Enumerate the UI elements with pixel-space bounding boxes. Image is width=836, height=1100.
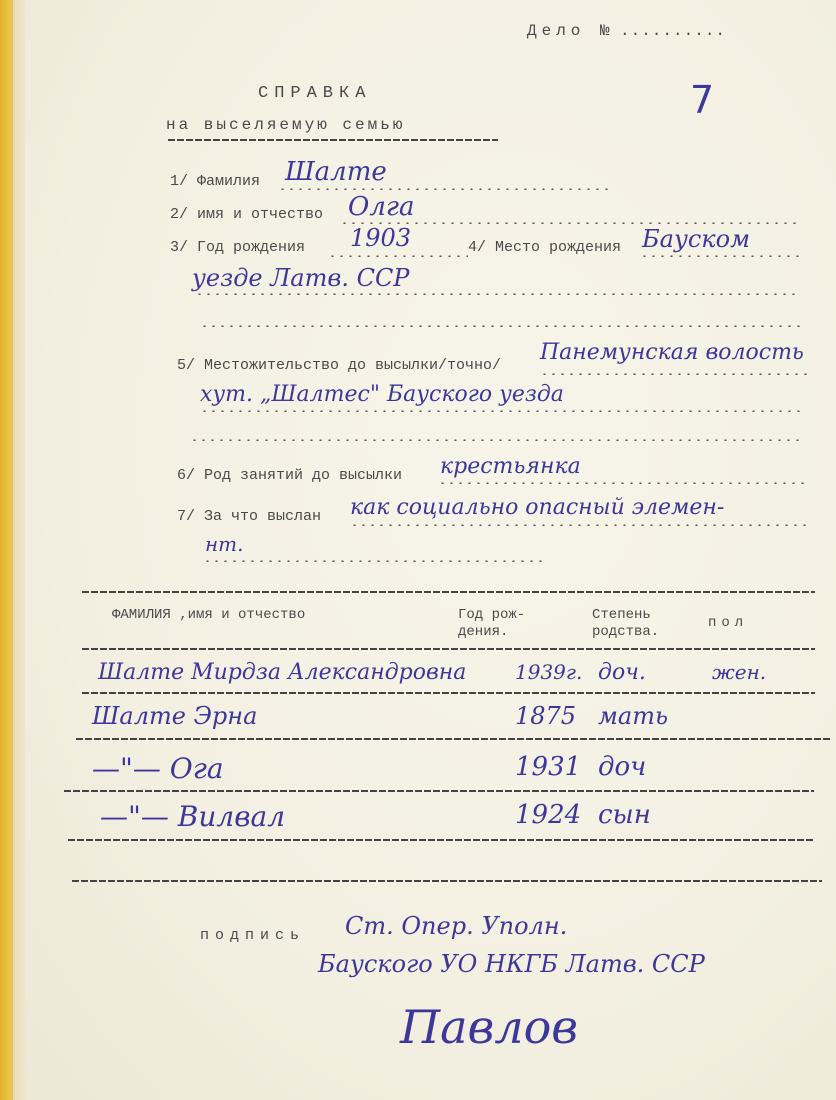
table-header-birth-year-1: Год рож-	[458, 607, 525, 623]
field-name-label: 2/ имя и отчество	[170, 206, 323, 223]
table-header-birth-year-2: дения.	[458, 624, 508, 640]
field-reason-dots-line2	[203, 560, 548, 562]
page-number: 7	[690, 78, 714, 122]
field-occupation-dots	[438, 482, 808, 484]
blank-dots-line	[200, 325, 800, 327]
field-occupation-value: крестьянка	[440, 454, 581, 479]
table-row-rule	[64, 790, 814, 792]
signature-title-line2: Бауского УО НКГБ Латв. ССР	[318, 950, 705, 978]
field-reason-dots	[350, 524, 810, 526]
row-relation: доч	[598, 752, 646, 782]
field-residence-dots-line2	[200, 410, 805, 412]
row-relation: мать	[598, 702, 668, 730]
row-relation: сын	[598, 800, 651, 830]
subtitle-underline	[168, 139, 498, 141]
table-header-sex: пол	[708, 615, 748, 631]
signature-title-line1: Ст. Опер. Уполн.	[345, 912, 567, 940]
table-bottom-rule	[72, 880, 822, 882]
row-name: Шалте Эрна	[92, 702, 257, 730]
field-birth-year-dots	[328, 255, 468, 257]
document-subtitle: на выселяемую семью	[166, 116, 405, 134]
binder-edge	[13, 0, 25, 1100]
table-header-relation-2: родства.	[592, 624, 659, 640]
table-row-rule	[76, 738, 831, 740]
row-birth-year: 1924	[515, 800, 581, 830]
binder-strip	[0, 0, 13, 1100]
row-name: —"— Вилвал	[100, 800, 285, 833]
field-reason-value: как социально опасный элемен-	[350, 495, 724, 520]
table-header-relation-1: Степень	[592, 607, 651, 623]
field-residence-label: 5/ Местожительство до высылки/точно/	[177, 357, 501, 374]
field-residence-value: Панемунская волость	[540, 340, 804, 365]
field-surname-label: 1/ Фамилия	[170, 173, 260, 190]
field-occupation-label: 6/ Род занятий до высылки	[177, 467, 402, 484]
field-residence-value-line2: хут. „Шалтес" Бауского уезда	[200, 382, 564, 407]
table-top-rule	[82, 591, 815, 593]
table-header-rule	[82, 648, 815, 650]
row-birth-year: 1939г.	[515, 660, 582, 684]
field-name-value: Олга	[348, 192, 415, 222]
field-birth-place-value: Бауском	[642, 225, 750, 253]
row-birth-year: 1875	[515, 702, 576, 730]
row-name: —"— Ога	[92, 752, 224, 785]
table-row-rule	[82, 692, 815, 694]
table-header-name: ФАМИЛИЯ ,имя и отчество	[112, 607, 305, 623]
case-number-dots: ..........	[620, 22, 726, 40]
case-number-label: Дело №	[527, 22, 615, 40]
row-relation: доч.	[598, 660, 646, 685]
field-reason-label: 7/ За что выслан	[177, 508, 321, 525]
field-birth-place-dots	[640, 255, 800, 257]
document-title: СПРАВКА	[258, 84, 371, 103]
table-row-rule	[68, 839, 815, 841]
field-surname-dots	[278, 188, 608, 190]
blank-dots-line-2	[190, 439, 805, 441]
field-birth-year-value: 1903	[350, 224, 411, 252]
field-birth-year-label: 3/ Год рождения	[170, 239, 305, 256]
signature-label: подпись	[200, 927, 305, 944]
field-reason-value-line2: нт.	[205, 532, 244, 556]
field-residence-dots	[540, 373, 810, 375]
row-name: Шалте Мирдза Александровна	[98, 660, 466, 685]
row-sex: жен.	[712, 660, 766, 684]
field-surname-value: Шалте	[285, 157, 387, 187]
field-birth-place-label: 4/ Место рождения	[468, 239, 621, 256]
field-birth-place-value-line2: уезде Латв. ССР	[192, 264, 409, 292]
field-birth-place-dots-line2	[195, 293, 800, 295]
signature-name: Павлов	[400, 1000, 578, 1054]
row-birth-year: 1931	[515, 752, 581, 782]
